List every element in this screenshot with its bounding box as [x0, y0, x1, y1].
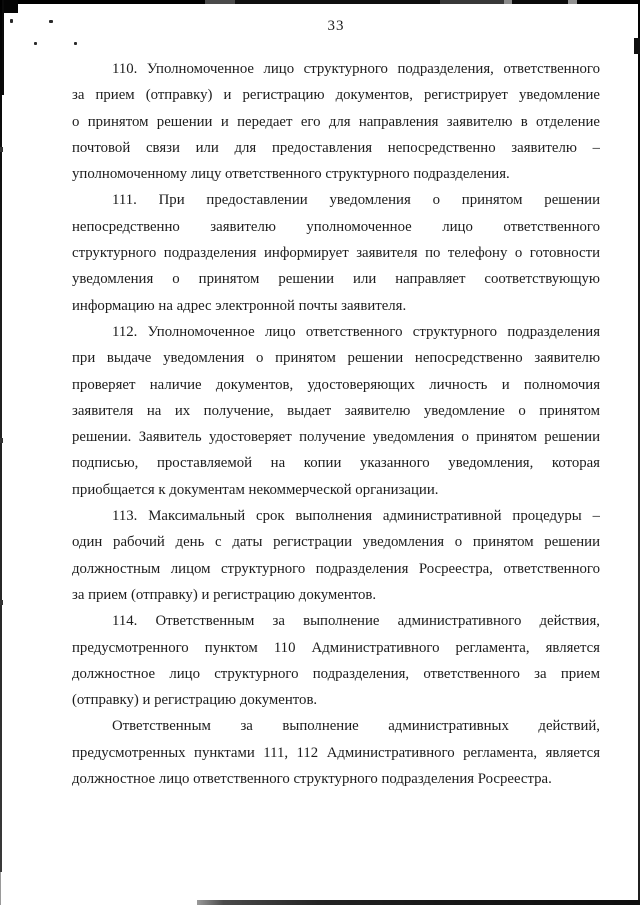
text-line: Ответственным за выполнение администрати…: [72, 713, 600, 739]
text-line: за прием (отправку) и регистрацию докуме…: [72, 82, 600, 108]
text-line: 111. При предоставлении уведомления о пр…: [72, 187, 600, 213]
text-line: 110. Уполномоченное лицо структурного по…: [72, 56, 600, 82]
text-line: 112. Уполномоченное лицо ответственного …: [72, 319, 600, 345]
text-body: 110. Уполномоченное лицо структурного по…: [72, 56, 600, 792]
text-line: должностное лицо ответственного структур…: [72, 766, 600, 792]
paragraph: 113. Максимальный срок выполнения админи…: [72, 503, 600, 608]
text-line: за прием (отправку) и регистрацию докуме…: [72, 582, 600, 608]
scan-edge-tick: [0, 600, 3, 605]
text-line: заявителя на их получение, выдает заявит…: [72, 398, 600, 424]
text-line: предусмотренного пунктом 110 Администрат…: [72, 635, 600, 661]
text-line: уведомления о принятом решении или напра…: [72, 266, 600, 292]
text-line: проверяет наличие документов, удостоверя…: [72, 372, 600, 398]
scan-left-edge-line-lower: [0, 872, 1, 905]
text-line: подписью, проставляемой на копии указанн…: [72, 450, 600, 476]
scan-left-edge-line: [0, 0, 2, 872]
text-line: непосредственно заявителю уполномоченное…: [72, 214, 600, 240]
scan-top-edge-bar: [0, 0, 640, 4]
text-line: 113. Максимальный срок выполнения админи…: [72, 503, 600, 529]
scan-bottom-edge-bar: [197, 900, 640, 905]
scan-edge-tick: [0, 147, 3, 152]
scan-edge-tick: [0, 438, 3, 443]
text-line: информацию на адрес электронной почты за…: [72, 293, 600, 319]
text-line: при выдаче уведомления о принятом решени…: [72, 345, 600, 371]
text-line: должностным лицом структурного подраздел…: [72, 556, 600, 582]
paragraph: Ответственным за выполнение администрати…: [72, 713, 600, 792]
text-line: решении. Заявитель удостоверяет получени…: [72, 424, 600, 450]
text-line: структурного подразделения информирует з…: [72, 240, 600, 266]
paragraph: 111. При предоставлении уведомления о пр…: [72, 187, 600, 318]
text-line: почтовой связи или для предоставления не…: [72, 135, 600, 161]
scan-edge-notch: [634, 38, 640, 54]
text-line: приобщается к документам некоммерческой …: [72, 477, 600, 503]
text-line: о принятом решении и передает его для на…: [72, 109, 600, 135]
text-line: один рабочий день с даты регистрации уве…: [72, 529, 600, 555]
paragraph: 114. Ответственным за выполнение админис…: [72, 608, 600, 713]
text-line: 114. Ответственным за выполнение админис…: [72, 608, 600, 634]
text-line: (отправку) и регистрацию документов.: [72, 687, 600, 713]
ink-speckle: [10, 19, 13, 23]
paragraph: 112. Уполномоченное лицо ответственного …: [72, 319, 600, 503]
ink-speckle: [74, 42, 77, 45]
text-line: предусмотренных пунктами 111, 112 Админи…: [72, 740, 600, 766]
text-line: должностное лицо структурного подразделе…: [72, 661, 600, 687]
page-number: 33: [72, 18, 600, 35]
scanned-document-page: 33 110. Уполномоченное лицо структурного…: [0, 0, 640, 905]
text-line: уполномоченному лицу ответственного стру…: [72, 161, 600, 187]
paragraph: 110. Уполномоченное лицо структурного по…: [72, 56, 600, 187]
ink-speckle: [34, 42, 37, 45]
ink-speckle: [49, 20, 53, 23]
